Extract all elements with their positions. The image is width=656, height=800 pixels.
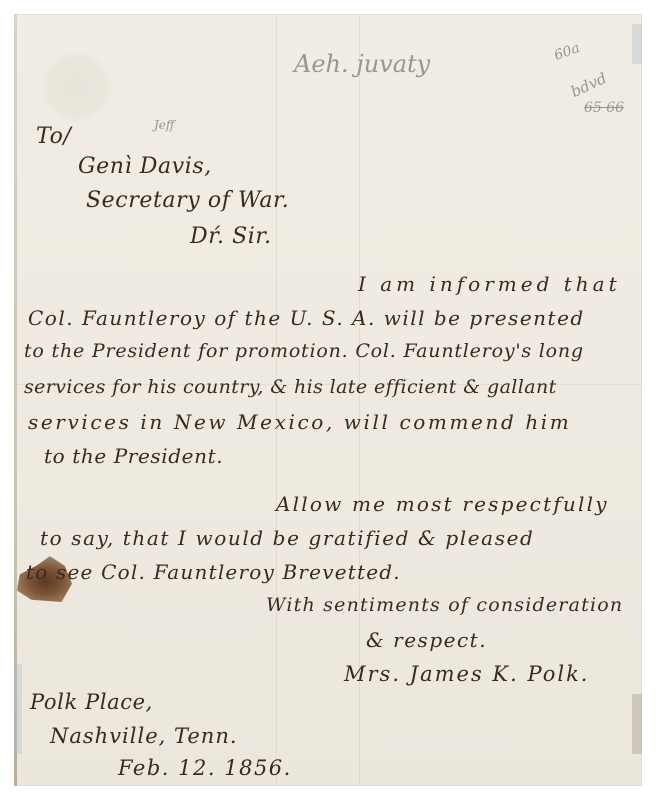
body-line: Col. Fauntleroy of the U. S. A. will be …: [28, 306, 585, 330]
body-line: services for his country, & his late eff…: [24, 376, 557, 398]
greeting: Dŕ. Sir.: [190, 224, 272, 249]
tape-remnant: [14, 664, 22, 754]
pencil-note-jeff: Jeff: [154, 118, 174, 132]
embossed-seal: [42, 52, 112, 122]
letter-sheet: Aeh. juvaty 60a bdvd 65 66 Jeff To/ Genì…: [14, 14, 642, 786]
closing-line: With sentiments of consideration: [266, 594, 623, 616]
pencil-note-bdvd: bdvd: [568, 69, 609, 101]
pencil-note-price: 65 66: [584, 100, 624, 116]
body-line: to the President.: [44, 444, 223, 468]
body-line: to the President for promotion. Col. Fau…: [24, 340, 584, 362]
body-line: I am informed that: [358, 272, 621, 296]
tape-remnant: [632, 694, 642, 754]
closing-line: & respect.: [366, 628, 487, 652]
signature: Mrs. James K. Polk.: [344, 662, 589, 686]
salutation-to: To/: [36, 124, 71, 149]
pencil-note-top: Aeh. juvaty: [294, 50, 430, 78]
fold-line: [276, 14, 277, 786]
tape-remnant: [632, 24, 642, 64]
place-line-2: Nashville, Tenn.: [50, 724, 238, 748]
body-line: services in New Mexico, will commend him: [28, 410, 571, 434]
body-line: Allow me most respectfully: [276, 492, 609, 516]
pencil-note-60a: 60a: [552, 40, 582, 64]
body-line: to say, that I would be gratified & plea…: [40, 526, 534, 550]
place-line-1: Polk Place,: [30, 690, 153, 714]
addressee-title: Secretary of War.: [86, 188, 289, 213]
body-line: to see Col. Fauntleroy Brevetted.: [26, 560, 401, 584]
letter-date: Feb. 12. 1856.: [118, 756, 292, 780]
addressee-name: Genì Davis,: [78, 154, 212, 179]
